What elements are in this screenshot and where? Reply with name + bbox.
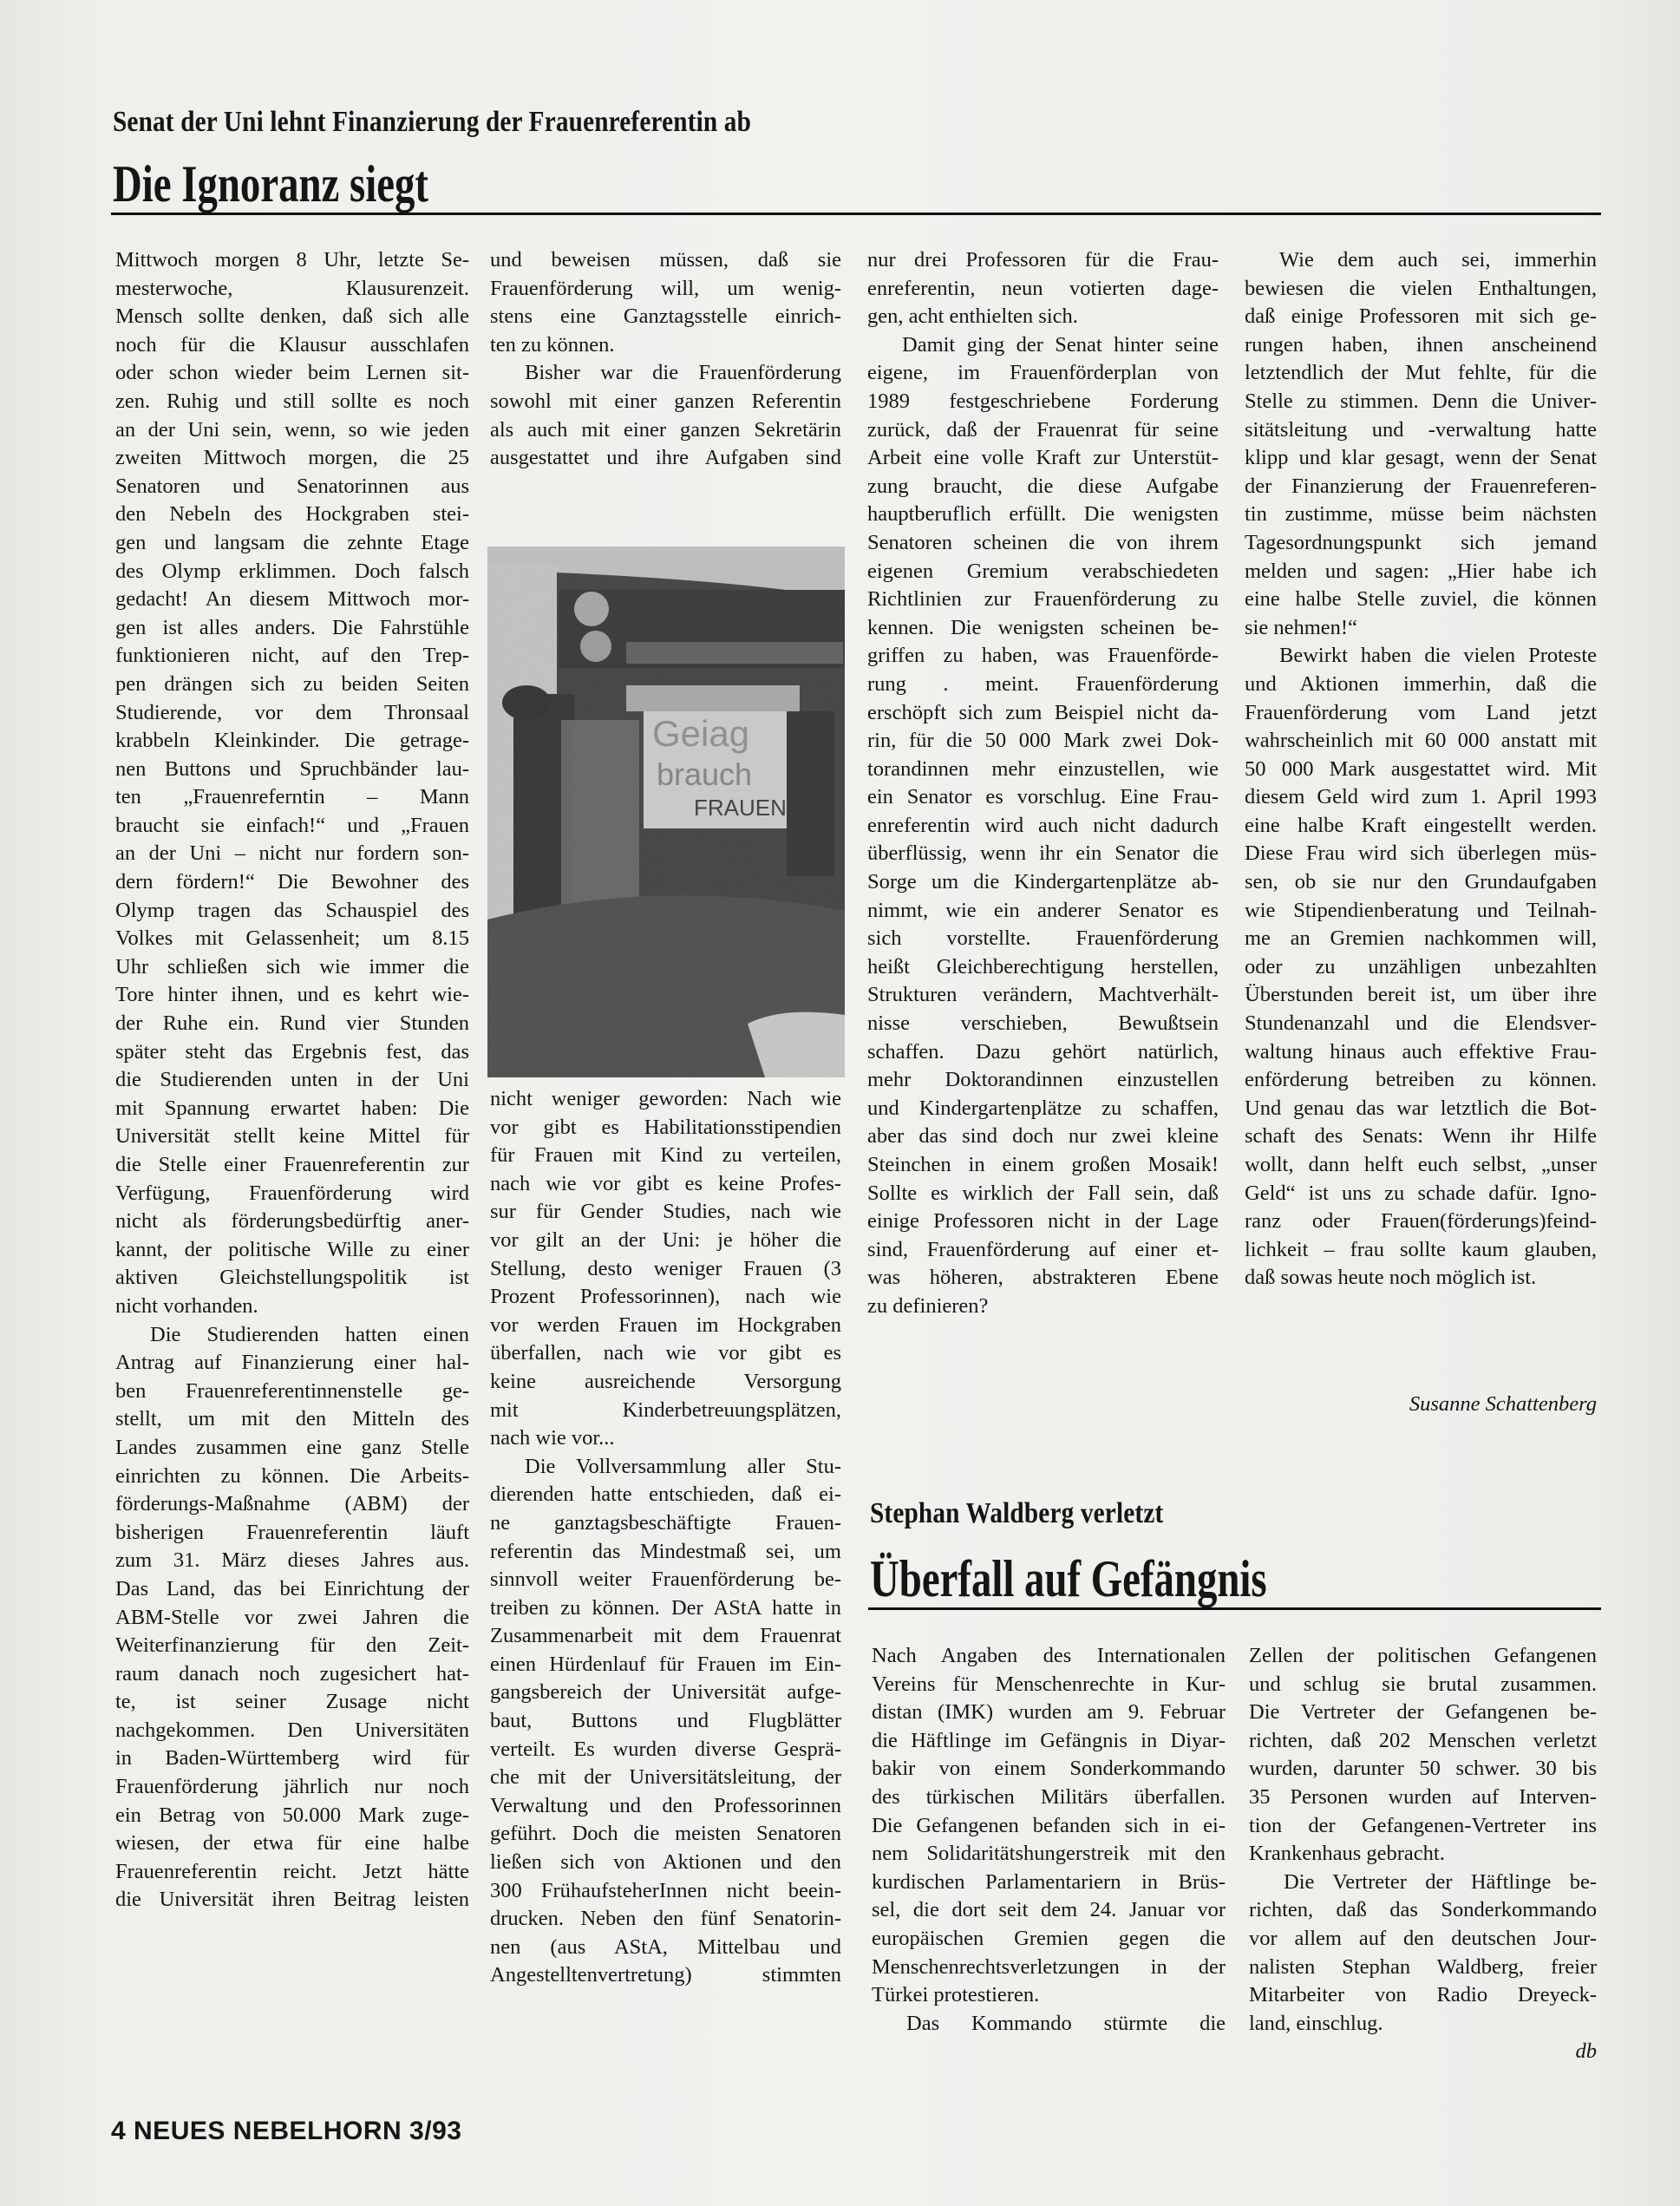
text-line: pen drängen sich zu beiden Seiten: [115, 671, 469, 699]
text-line: Krankenhaus gebracht.: [1249, 1840, 1597, 1869]
text-line: Das Land, das bei Einrichtung der: [115, 1575, 469, 1604]
text-line: nisse verschieben, Bewußtsein: [867, 1010, 1219, 1038]
text-line: zen. Ruhig und still sollte es noch: [115, 388, 469, 416]
text-line: funktionieren nicht, auf den Trep-: [115, 642, 469, 671]
text-line: referentin das Mindestmaß sei, um: [490, 1538, 841, 1567]
text-line: rungen haben, ihnen anscheinend: [1245, 331, 1597, 360]
text-line: sind, Frauenförderung auf einer et-: [867, 1236, 1219, 1265]
text-line: tin zustimme, müsse beim nächsten: [1245, 501, 1597, 529]
text-line: sitätsleitung und -verwaltung hatte: [1245, 416, 1597, 445]
text-line: Weiterfinanzierung für den Zeit-: [115, 1632, 469, 1660]
text-line: stens eine Ganztagsstelle einrich-: [490, 303, 841, 331]
text-line: diesem Geld wird zum 1. April 1993: [1245, 783, 1597, 812]
text-line: 1989 festgeschriebene Forderung: [867, 388, 1219, 416]
text-line: nur drei Professoren für die Frau-: [867, 246, 1219, 275]
text-line: nicht als förderungsbedürftig aner-: [115, 1208, 469, 1236]
headline-rule-2: [868, 1607, 1601, 1610]
text-line: treiben zu können. Der AStA hatte in: [490, 1594, 841, 1623]
newspaper-page: Senat der Uni lehnt Finanzierung der Fra…: [0, 0, 1680, 2206]
text-line: eigenen Gremium verabschiedeten: [867, 558, 1219, 586]
article1-column-2-top: und beweisen müssen, daß sieFrauenförder…: [490, 246, 841, 473]
text-line: Senatoren und Senatorinnen aus: [115, 473, 469, 501]
text-line: zu definieren?: [867, 1293, 1219, 1321]
text-line: che mit der Universitätsleitung, der: [490, 1764, 841, 1792]
article1-column-4: Wie dem auch sei, immerhinbewiesen die v…: [1245, 246, 1597, 1293]
text-line: dern fördern!“ Die Bewohner des: [115, 868, 469, 897]
text-line: gen und langsam die zehnte Etage: [115, 529, 469, 558]
text-line: heißt Gleichberechtigung herstellen,: [867, 953, 1219, 982]
text-line: nen (aus AStA, Mittelbau und: [490, 1934, 841, 1962]
text-line: Angestelltenvertretung) stimmten: [490, 1961, 841, 1990]
text-line: ein Betrag von 50.000 Mark zuge-: [115, 1802, 469, 1830]
text-line: nimmt, wie ein anderer Senator es: [867, 897, 1219, 926]
text-line: Verwaltung und den Professorinnen: [490, 1792, 841, 1821]
text-line: noch für die Klausur ausschlafen: [115, 331, 469, 360]
text-line: als auch mit einer ganzen Sekretärin: [490, 416, 841, 445]
text-line: Damit ging der Senat hinter seine: [867, 331, 1219, 360]
text-line: Bewirkt haben die vielen Proteste: [1245, 642, 1597, 671]
text-line: sur für Gender Studies, nach wie: [490, 1198, 841, 1227]
text-line: Uhr schließen sich wie immer die: [115, 953, 469, 982]
text-line: sie nehmen!“: [1245, 614, 1597, 643]
text-line: Menschenrechtsverletzungen in der: [872, 1954, 1226, 1982]
text-line: Bisher war die Frauenförderung: [490, 359, 841, 388]
text-line: mehr Doktorandinnen einzustellen: [867, 1066, 1219, 1095]
text-line: einige Professoren nicht in der Lage: [867, 1208, 1219, 1236]
page-footer: 4 NEUES NEBELHORN 3/93: [111, 2117, 461, 2146]
text-line: des türkischen Militärs überfallen.: [872, 1784, 1226, 1812]
text-line: rin, für die 50 000 Mark zwei Dok-: [867, 727, 1219, 756]
text-line: aber das sind doch nur zwei kleine: [867, 1123, 1219, 1151]
text-line: und beweisen müssen, daß sie: [490, 246, 841, 275]
text-line: sel, die dort seit dem 24. Januar vor: [872, 1896, 1226, 1925]
article2-author: db: [1249, 2038, 1597, 2066]
text-line: drucken. Neben den fünf Senatorin-: [490, 1905, 841, 1934]
text-line: Vereins für Menschenrechte in Kur-: [872, 1671, 1226, 1699]
text-line: Mittwoch morgen 8 Uhr, letzte Se-: [115, 246, 469, 275]
text-line: Das Kommando stürmte die: [872, 2010, 1226, 2039]
article1-byline-wrap: Susanne Schattenberg: [1245, 1391, 1597, 1419]
text-line: eine halbe Kraft eingestellt werden.: [1245, 812, 1597, 841]
article1-kicker: Senat der Uni lehnt Finanzierung der Fra…: [113, 106, 751, 139]
text-line: Frauenförderung vom Land jetzt: [1245, 699, 1597, 728]
article2-column-2: Zellen der politischen Gefangenenund sch…: [1249, 1642, 1597, 2038]
text-line: braucht sie einfach!“ und „Frauen: [115, 812, 469, 841]
article2-byline-wrap: db: [1249, 2038, 1597, 2066]
text-line: nach wie vor...: [490, 1424, 841, 1453]
text-line: klipp und klar gesagt, wenn der Senat: [1245, 444, 1597, 473]
text-line: zurück, daß der Frauenrat für seine: [867, 416, 1219, 445]
text-line: dierenden hatte entschieden, daß ei-: [490, 1481, 841, 1509]
text-line: zung braucht, die diese Aufgabe: [867, 473, 1219, 501]
text-line: enreferentin wird auch nicht dadurch: [867, 812, 1219, 841]
text-line: kannt, der politische Wille zu einer: [115, 1236, 469, 1265]
text-line: Frauenreferentin reicht. Jetzt hätte: [115, 1858, 469, 1887]
text-line: Steinchen in einem großen Mosaik!: [867, 1151, 1219, 1180]
text-line: rung . meint. Frauenförderung: [867, 671, 1219, 699]
text-line: eigene, im Frauenförderplan von: [867, 359, 1219, 388]
text-line: Frauenförderung will, um wenig-: [490, 275, 841, 304]
text-line: wahrscheinlich mit 60 000 anstatt mit: [1245, 727, 1597, 756]
text-line: raum danach noch zugesichert hat-: [115, 1660, 469, 1689]
text-line: Und genau das war letztlich die Bot-: [1245, 1095, 1597, 1123]
text-line: Die Vertreter der Häftlinge be-: [1249, 1869, 1597, 1897]
text-line: ten „Frauenreferntin – Mann: [115, 783, 469, 812]
text-line: waltung hinaus auch effektive Frau-: [1245, 1038, 1597, 1067]
text-line: sen, ob sie nur den Grundaufgaben: [1245, 868, 1597, 897]
text-line: Antrag auf Finanzierung einer hal-: [115, 1349, 469, 1378]
text-line: sich vorstellte. Frauenförderung: [867, 925, 1219, 953]
text-line: 50 000 Mark ausgestattet wird. Mit: [1245, 756, 1597, 784]
text-line: den Nebeln des Hockgraben stei-: [115, 501, 469, 529]
text-line: ben Frauenreferentinnenstelle ge-: [115, 1378, 469, 1406]
text-line: Die Gefangenen befanden sich in ei-: [872, 1812, 1226, 1841]
text-line: mit Spannung erwartet haben: Die: [115, 1095, 469, 1123]
text-line: aktiven Gleichstellungspolitik ist: [115, 1264, 469, 1293]
text-line: stellt, um mit den Mitteln des: [115, 1405, 469, 1434]
text-line: nen Buttons und Spruchbänder lau-: [115, 756, 469, 784]
text-line: wiesen, der etwa für eine halbe: [115, 1830, 469, 1858]
text-line: griffen zu haben, was Frauenförde-: [867, 642, 1219, 671]
text-line: Volkes mit Gelassenheit; um 8.15: [115, 925, 469, 953]
text-line: ABM-Stelle vor zwei Jahren die: [115, 1604, 469, 1633]
text-line: melden und sagen: „Hier habe ich: [1245, 558, 1597, 586]
text-line: erschöpft sich zum Beispiel nicht da-: [867, 699, 1219, 728]
text-line: in Baden-Württemberg wird für: [115, 1745, 469, 1773]
text-line: und schlug sie brutal zusammen.: [1249, 1671, 1597, 1699]
text-line: Studierende, vor dem Thronsaal: [115, 699, 469, 728]
text-line: Verfügung, Frauenförderung wird: [115, 1180, 469, 1208]
article1-column-3: nur drei Professoren für die Frau-enrefe…: [867, 246, 1219, 1321]
text-line: nicht weniger geworden: Nach wie: [490, 1085, 841, 1114]
text-line: ein Senator es vorschlug. Eine Frau-: [867, 783, 1219, 812]
text-line: die Stelle einer Frauenreferentin zur: [115, 1151, 469, 1180]
text-line: Frauenförderung jährlich nur noch: [115, 1773, 469, 1802]
text-line: für Frauen mit Kind zu verteilen,: [490, 1142, 841, 1170]
text-line: Olymp tragen das Schauspiel des: [115, 897, 469, 926]
text-line: Sollte es wirklich der Fall sein, daß: [867, 1180, 1219, 1208]
text-line: Universität stellt keine Mittel für: [115, 1123, 469, 1151]
text-line: später steht das Ergebnis fest, das: [115, 1038, 469, 1067]
text-line: sinnvoll weiter Frauenförderung be-: [490, 1566, 841, 1594]
text-line: Stelle zu stimmen. Denn die Univer-: [1245, 388, 1597, 416]
text-line: zweiten Mittwoch morgen, die 25: [115, 444, 469, 473]
text-line: förderungs-Maßnahme (ABM) der: [115, 1490, 469, 1519]
text-line: Die Studierenden hatten einen: [115, 1321, 469, 1350]
text-line: Tagesordnungspunkt sich jemand: [1245, 529, 1597, 558]
text-line: wollt, dann helft euch selbst, „unser: [1245, 1151, 1597, 1180]
text-line: Senatoren scheinen die von ihrem: [867, 529, 1219, 558]
text-line: 35 Personen wurden auf Interven-: [1249, 1784, 1597, 1812]
article1-headline: Die Ignoranz siegt: [113, 158, 428, 210]
text-line: an der Uni – nicht nur fordern son-: [115, 840, 469, 868]
text-line: Türkei protestieren.: [872, 1981, 1226, 2010]
text-line: Stundenanzahl und die Elendsver-: [1245, 1010, 1597, 1038]
text-line: me an Gremien nachkommen will,: [1245, 925, 1597, 953]
text-line: Prozent Professorinnen), nach wie: [490, 1283, 841, 1312]
text-line: überfallen, nach wie vor gibt es: [490, 1339, 841, 1368]
text-line: Diese Frau wird sich überlegen müs-: [1245, 840, 1597, 868]
text-line: krabbeln Kleinkinder. Die getrage-: [115, 727, 469, 756]
text-line: kurdischen Parlamentariern in Brüs-: [872, 1869, 1226, 1897]
text-line: keine ausreichende Versorgung: [490, 1368, 841, 1397]
text-line: und Aktionen immerhin, daß die: [1245, 671, 1597, 699]
text-line: schaft des Senats: Wenn ihr Hilfe: [1245, 1123, 1597, 1151]
text-line: Landes zusammen eine ganz Stelle: [115, 1434, 469, 1463]
text-line: bakir von einem Sonderkommando: [872, 1755, 1226, 1784]
text-line: nicht vorhanden.: [115, 1293, 469, 1321]
text-line: Arbeit eine volle Kraft zur Unterstüt-: [867, 444, 1219, 473]
text-line: richten, daß 202 Menschen verletzt: [1249, 1727, 1597, 1756]
text-line: vor gibt es Habilitationsstipendien: [490, 1114, 841, 1142]
text-line: schaffen. Dazu gehört natürlich,: [867, 1038, 1219, 1067]
text-line: kennen. Die wenigsten scheinen be-: [867, 614, 1219, 643]
text-line: Tore hinter ihnen, und es kehrt wie-: [115, 981, 469, 1010]
text-line: oder schon wieder beim Lernen sit-: [115, 359, 469, 388]
text-line: daß sowas heute noch möglich ist.: [1245, 1264, 1597, 1293]
text-line: Geld“ ist uns zu schade dafür. Igno-: [1245, 1180, 1597, 1208]
text-line: hauptberuflich erfüllt. Die wenigsten: [867, 501, 1219, 529]
text-line: einrichten zu können. Die Arbeits-: [115, 1463, 469, 1491]
text-line: lichkeit – frau sollte kaum glauben,: [1245, 1236, 1597, 1265]
article2-column-1: Nach Angaben des InternationalenVereins …: [872, 1642, 1226, 2038]
text-line: gangsbereich der Universität aufge-: [490, 1679, 841, 1707]
text-line: europäischen Gremien gegen die: [872, 1925, 1226, 1954]
text-line: Nach Angaben des Internationalen: [872, 1642, 1226, 1671]
text-line: letztendlich der Mut fehlte, für die: [1245, 359, 1597, 388]
text-line: enförderung betreiben zu können.: [1245, 1066, 1597, 1095]
text-line: nalisten Stephan Waldberg, freier: [1249, 1954, 1597, 1982]
text-line: geführt. Doch die meisten Senatoren: [490, 1820, 841, 1849]
text-line: der Finanzierung der Frauenreferen-: [1245, 473, 1597, 501]
text-line: sowohl mit einer ganzen Referentin: [490, 388, 841, 416]
article2-headline: Überfall auf Gefängnis: [870, 1553, 1267, 1605]
text-line: und Kindergartenplätze zu schaffen,: [867, 1095, 1219, 1123]
text-line: verteilt. Es wurden diverse Gesprä-: [490, 1736, 841, 1764]
text-line: nach wie vor gibt es keine Profes-: [490, 1170, 841, 1199]
text-line: richten, daß das Sonderkommando: [1249, 1896, 1597, 1925]
text-line: vor allem auf den deutschen Jour-: [1249, 1925, 1597, 1954]
text-line: die Universität ihren Beitrag leisten: [115, 1886, 469, 1915]
text-line: mesterwoche, Klausurenzeit.: [115, 275, 469, 304]
text-line: Zellen der politischen Gefangenen: [1249, 1642, 1597, 1671]
text-line: gedacht! An diesem Mittwoch mor-: [115, 586, 469, 614]
text-line: nachgekommen. Den Universitäten: [115, 1717, 469, 1745]
text-line: überflüssig, wenn ihr ein Senator die: [867, 840, 1219, 868]
text-line: oder zu unzähligen unbezahlten: [1245, 953, 1597, 982]
text-line: zum 31. März dieses Jahres aus.: [115, 1547, 469, 1575]
text-line: des Olymp erklimmen. Doch falsch: [115, 558, 469, 586]
text-line: te, ist seiner Zusage nicht: [115, 1688, 469, 1717]
protest-photo: Geiag brauch FRAUENR: [487, 547, 845, 1077]
text-line: baut, Buttons und Flugblätter: [490, 1707, 841, 1736]
text-line: Stellung, desto weniger Frauen (3: [490, 1255, 841, 1284]
text-line: land, einschlug.: [1249, 2010, 1597, 2039]
article1-column-2-bottom: nicht weniger geworden: Nach wievor gibt…: [490, 1085, 841, 1990]
text-line: an der Uni sein, wenn, so wie jeden: [115, 416, 469, 445]
text-line: mit Kinderbetreuungsplätzen,: [490, 1397, 841, 1425]
text-line: 300 FrühaufsteherInnen nicht beein-: [490, 1877, 841, 1906]
text-line: eine halbe Stelle zuviel, die können: [1245, 586, 1597, 614]
text-line: ten zu können.: [490, 331, 841, 360]
text-line: wurden, darunter 50 schwer. 30 bis: [1249, 1755, 1597, 1784]
text-line: Mitarbeiter von Radio Dreyeck-: [1249, 1981, 1597, 2010]
text-line: bewiesen die vielen Enthaltungen,: [1245, 275, 1597, 304]
text-line: bisherigen Frauenreferentin läuft: [115, 1519, 469, 1548]
article1-author: Susanne Schattenberg: [1245, 1391, 1597, 1419]
text-line: vor werden Frauen im Hockgraben: [490, 1312, 841, 1340]
text-line: Mensch sollte denken, daß sich alle: [115, 303, 469, 331]
text-line: nem Solidaritätshungerstreik mit den: [872, 1840, 1226, 1869]
text-line: tion der Gefangenen-Vertreter ins: [1249, 1812, 1597, 1841]
text-line: Strukturen verändern, Machtverhält-: [867, 981, 1219, 1010]
text-line: Die Vollversammlung aller Stu-: [490, 1453, 841, 1482]
text-line: einen Hürdenlauf für Frauen im Ein-: [490, 1651, 841, 1679]
photo-image: Geiag brauch FRAUENR: [487, 547, 845, 1077]
article2-kicker: Stephan Waldberg verletzt: [870, 1497, 1163, 1530]
text-line: enreferentin, neun votierten dage-: [867, 275, 1219, 304]
headline-rule: [111, 213, 1601, 215]
text-line: ausgestattet und ihre Aufgaben sind: [490, 444, 841, 473]
text-line: distan (IMK) wurden am 9. Februar: [872, 1699, 1226, 1727]
text-line: Überstunden bereit ist, um über ihre: [1245, 981, 1597, 1010]
text-line: ließen sich von Aktionen und den: [490, 1849, 841, 1877]
text-line: gen ist alles anders. Die Fahrstühle: [115, 614, 469, 643]
text-line: Richtlinien zur Frauenförderung zu: [867, 586, 1219, 614]
text-line: Sorge um die Kindergartenplätze ab-: [867, 868, 1219, 897]
text-line: ranz oder Frauen(förderungs)feind-: [1245, 1208, 1597, 1236]
text-line: vor gilt an der Uni: je höher die: [490, 1227, 841, 1255]
text-line: torandinnen mehr einzustellen, wie: [867, 756, 1219, 784]
text-line: Die Vertreter der Gefangenen be-: [1249, 1699, 1597, 1727]
text-line: was höheren, abstrakteren Ebene: [867, 1264, 1219, 1293]
article1-column-1: Mittwoch morgen 8 Uhr, letzte Se-mesterw…: [115, 246, 469, 1915]
text-line: ne ganztagsbeschäftigte Frauen-: [490, 1509, 841, 1538]
text-line: Wie dem auch sei, immerhin: [1245, 246, 1597, 275]
text-line: wie Stipendienberatung und Teilnah-: [1245, 897, 1597, 926]
text-line: die Studierenden unten in der Uni: [115, 1066, 469, 1095]
text-line: Zusammenarbeit mit dem Frauenrat: [490, 1622, 841, 1651]
text-line: die Häftlinge im Gefängnis in Diyar-: [872, 1727, 1226, 1756]
text-line: gen, acht enthielten sich.: [867, 303, 1219, 331]
text-line: der Ruhe ein. Rund vier Stunden: [115, 1010, 469, 1038]
text-line: daß einige Professoren mit sich ge-: [1245, 303, 1597, 331]
